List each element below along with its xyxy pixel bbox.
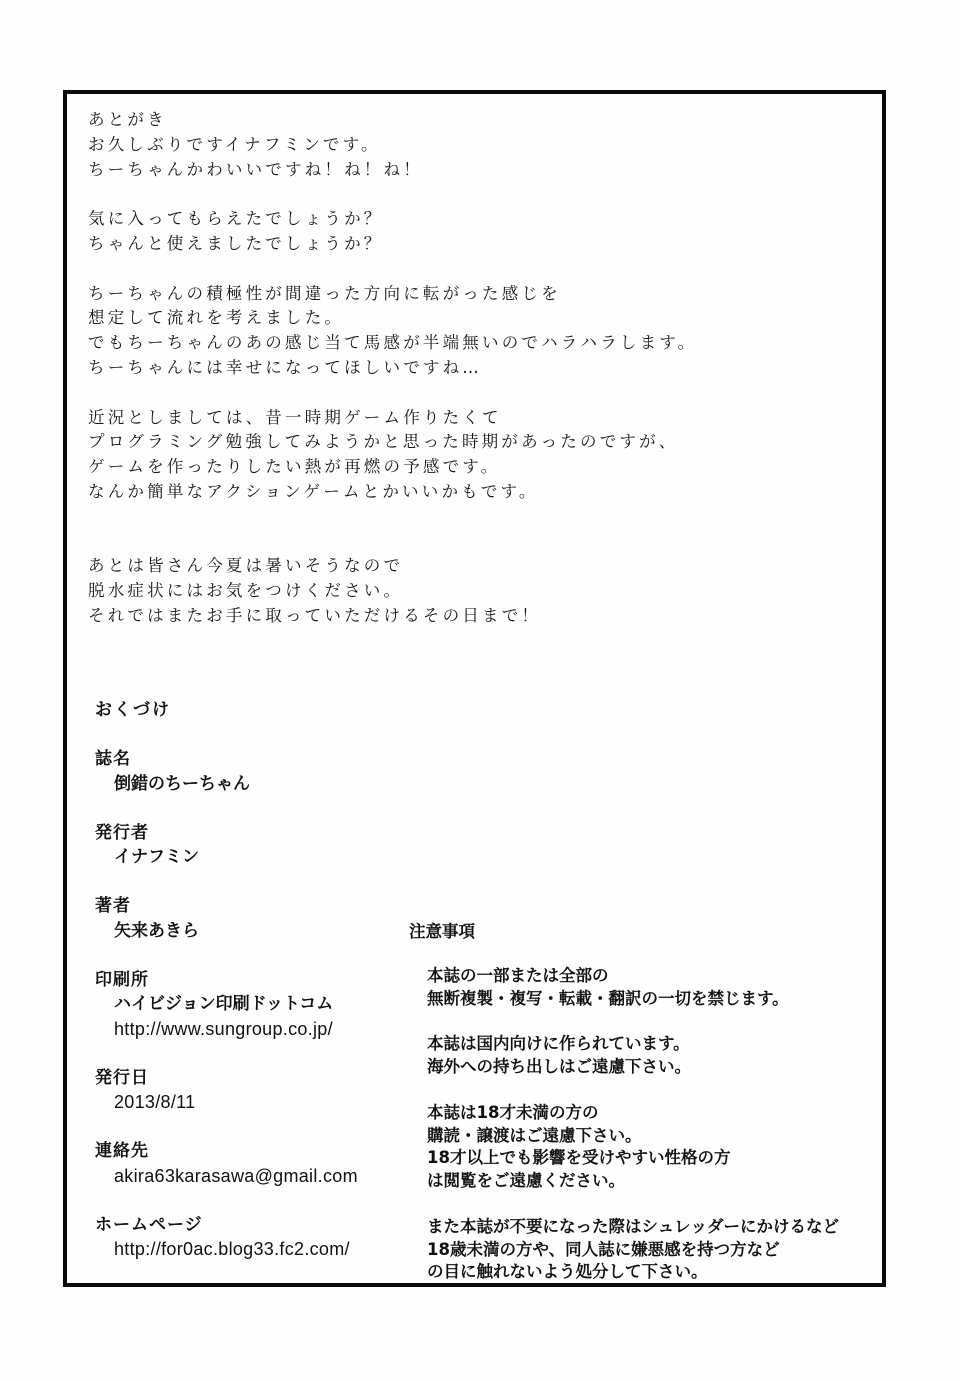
homepage-url: http://for0ac.blog33.fc2.com/ <box>95 1237 358 1262</box>
entry-label: 連絡先 <box>95 1139 358 1164</box>
colophon-entry-author: 著者 矢来あきら <box>95 894 358 943</box>
afterword-line: ちーちゃんかわいいですね！ね！ね！ <box>88 158 697 183</box>
afterword-line: ちーちゃんには幸せになってほしいですね… <box>88 356 697 381</box>
printer-url: http://www.sungroup.co.jp/ <box>95 1017 358 1042</box>
colophon-entry-printer: 印刷所 ハイビジョン印刷ドットコム http://www.sungroup.co… <box>95 968 358 1042</box>
entry-label: 印刷所 <box>95 968 358 993</box>
afterword-line: ゲームを作ったりしたい熱が再燃の予感です。 <box>88 455 697 480</box>
paragraph-gap <box>88 530 697 555</box>
paragraph-gap <box>88 257 697 282</box>
entry-label: 発行者 <box>95 821 358 846</box>
notice-block: また本誌が不要になった際はシュレッダーにかけるなど 18歳未満の方や、同人誌に嫌… <box>409 1216 839 1284</box>
contact-email: akira63karasawa@gmail.com <box>95 1164 358 1189</box>
afterword-line: あとは皆さん今夏は暑いそうなので <box>88 554 697 579</box>
notice-line: 無断複製・複写・転載・翻訳の一切を禁じます。 <box>427 988 839 1011</box>
afterword-heading: あとがき <box>88 108 697 133</box>
afterword-line: 近況としましては、昔一時期ゲーム作りたくて <box>88 406 697 431</box>
entry-value: 矢来あきら <box>95 919 358 944</box>
colophon-entry-title: 誌名 倒錯のちーちゃん <box>95 747 358 796</box>
colophon-entry-homepage: ホームページ http://for0ac.blog33.fc2.com/ <box>95 1213 358 1262</box>
paragraph-gap <box>88 182 697 207</box>
notices-heading: 注意事項 <box>409 921 839 945</box>
notice-line: 本誌は国内向けに作られています。 <box>427 1033 839 1056</box>
entry-label: 著者 <box>95 894 358 919</box>
paragraph-gap <box>88 505 697 530</box>
notice-line: 18歳未満の方や、同人誌に嫌悪感を持つ方など <box>427 1239 839 1262</box>
afterword-section: あとがき お久しぶりですイナフミンです。 ちーちゃんかわいいですね！ね！ね！ 気… <box>88 108 697 629</box>
colophon-title: おくづけ <box>95 698 358 723</box>
notice-line: は閲覧をご遠慮ください。 <box>427 1170 839 1193</box>
colophon-entry-contact: 連絡先 akira63karasawa@gmail.com <box>95 1139 358 1188</box>
afterword-line: 気に入ってもらえたでしょうか？ <box>88 207 697 232</box>
afterword-line: 脱水症状にはお気をつけください。 <box>88 579 697 604</box>
notices-section: 注意事項 本誌の一部または全部の 無断複製・複写・転載・翻訳の一切を禁じます。 … <box>409 921 839 1307</box>
notice-line: また本誌が不要になった際はシュレッダーにかけるなど <box>427 1216 839 1239</box>
notice-block: 本誌は18才未満の方の 購読・譲渡はご遠慮下さい。 18才以上でも影響を受けやす… <box>409 1102 839 1193</box>
colophon-entry-date: 発行日 2013/8/11 <box>95 1066 358 1115</box>
notice-line: 本誌の一部または全部の <box>427 965 839 988</box>
entry-value: 倒錯のちーちゃん <box>95 772 358 797</box>
entry-value: 2013/8/11 <box>95 1090 358 1115</box>
entry-label: 誌名 <box>95 747 358 772</box>
notice-line: の目に触れないよう処分して下さい。 <box>427 1261 839 1284</box>
entry-value: ハイビジョン印刷ドットコム <box>95 992 358 1017</box>
notice-line: 海外への持ち出しはご遠慮下さい。 <box>427 1056 839 1079</box>
entry-value: イナフミン <box>95 845 358 870</box>
colophon-section: おくづけ 誌名 倒錯のちーちゃん 発行者 イナフミン 著者 矢来あきら 印刷所 … <box>95 698 358 1286</box>
colophon-entry-publisher: 発行者 イナフミン <box>95 821 358 870</box>
afterword-line: ちーちゃんの積極性が間違った方向に転がった感じを <box>88 282 697 307</box>
notice-line: 本誌は18才未満の方の <box>427 1102 839 1125</box>
entry-label: 発行日 <box>95 1066 358 1091</box>
entry-label: ホームページ <box>95 1213 358 1238</box>
afterword-line: プログラミング勉強してみようかと思った時期があったのですが、 <box>88 430 697 455</box>
afterword-line: それではまたお手に取っていただけるその日まで！ <box>88 604 697 629</box>
notice-block: 本誌の一部または全部の 無断複製・複写・転載・翻訳の一切を禁じます。 <box>409 965 839 1011</box>
afterword-line: なんか簡単なアクションゲームとかいいかもです。 <box>88 480 697 505</box>
afterword-line: お久しぶりですイナフミンです。 <box>88 133 697 158</box>
afterword-line: 想定して流れを考えました。 <box>88 306 697 331</box>
afterword-line: ちゃんと使えましたでしょうか？ <box>88 232 697 257</box>
afterword-line: でもちーちゃんのあの感じ当て馬感が半端無いのでハラハラします。 <box>88 331 697 356</box>
notice-line: 18才以上でも影響を受けやすい性格の方 <box>427 1147 839 1170</box>
paragraph-gap <box>88 381 697 406</box>
notice-line: 購読・譲渡はご遠慮下さい。 <box>427 1125 839 1148</box>
notice-block: 本誌は国内向けに作られています。 海外への持ち出しはご遠慮下さい。 <box>409 1033 839 1079</box>
